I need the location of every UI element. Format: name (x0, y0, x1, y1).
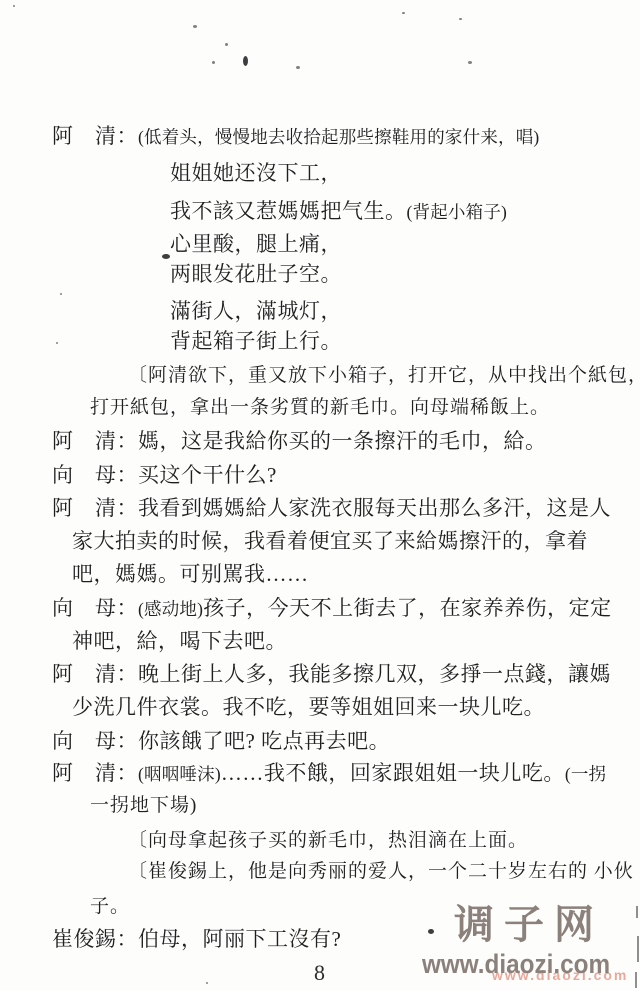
script-text-segment: (一拐 (565, 764, 606, 784)
scan-speck (60, 293, 62, 295)
script-line: 我不該又惹媽媽把气生。(背起小箱子) (170, 199, 507, 224)
script-text-segment: 我不該又惹媽媽把气生。 (170, 199, 407, 223)
script-line: 阿 清：(咽咽唾沫)……我不餓，回家跟姐姐一块儿吃。(一拐 (52, 761, 606, 786)
script-text-segment: ……我不餓，回家跟姐姐一块儿吃。 (221, 761, 565, 785)
script-line: 一拐地下場) (90, 795, 197, 817)
script-line: 滿街人，滿城灯， (170, 299, 342, 324)
script-text-segment: (感动地) (138, 599, 203, 619)
watermark-site-url: www.diaozi.com (422, 949, 610, 980)
script-line: 向 母：(感动地)孩子，今天不上街去了，在家养养伤，定定 (52, 596, 612, 621)
scan-speck (193, 25, 197, 28)
script-line: 向 母：买这个干什么? (52, 463, 277, 488)
script-line: 子。 (90, 896, 130, 918)
script-text-segment: 向 母： (52, 596, 138, 620)
script-text-segment: 阿 清： (52, 124, 138, 148)
scan-speck (56, 342, 58, 344)
script-line: 背起箱子街上行。 (170, 329, 342, 354)
script-text-segment: 心里酸，腿上痛， (170, 232, 342, 256)
script-text-segment: 孩子，今天不上街去了，在家养养伤，定定 (203, 596, 612, 620)
script-text-segment: 打开紙包，拿出一条劣質的新毛巾。向母端稀飯上。 (90, 397, 550, 418)
scan-speck (162, 254, 170, 259)
scan-edge-mark (636, 906, 638, 918)
script-line: 神吧，給，喝下去吧。 (72, 629, 287, 654)
script-text-segment: 姐姐她还沒下工， (170, 161, 342, 185)
script-line: 阿 清：(低着头，慢慢地去收拾起那些擦鞋用的家什来，唱) (52, 124, 539, 149)
script-text-segment: 少洗几件衣裳。我不吃，要等姐姐回来一块儿吃。 (72, 695, 545, 719)
script-text-segment: (咽咽唾沫) (138, 764, 221, 784)
scan-speck (468, 61, 472, 64)
script-text-segment: 崔俊錫：伯母，阿丽下工沒有? (52, 927, 341, 951)
script-text-segment: 〔向母拿起孩子买的新毛巾，热泪滴在上面。 (128, 830, 528, 851)
script-text-segment: (背起小箱子) (407, 202, 508, 222)
script-line: 两眼发花肚子空。 (170, 262, 342, 287)
scan-speck (206, 982, 208, 984)
script-text-segment: 阿 清：媽，这是我給你买的一条擦汗的毛巾，給。 (52, 429, 547, 453)
script-text-segment: 向 母：你該餓了吧? 吃点再去吧。 (52, 729, 390, 753)
script-line: 〔崔俊錫上，他是向秀丽的爱人，一个二十岁左右的 小伙 (128, 861, 634, 883)
scan-speck (459, 18, 462, 20)
script-text-segment: 背起箱子街上行。 (170, 329, 342, 353)
scan-speck (225, 43, 228, 46)
script-line: 〔阿清欲下，重又放下小箱子，打开它，从中找出个紙包， (128, 365, 640, 387)
scan-speck (428, 929, 434, 934)
scan-edge-mark (637, 936, 639, 962)
script-text-segment: 阿 清： (52, 761, 138, 785)
script-text-segment: 神吧，給，喝下去吧。 (72, 629, 287, 653)
scan-speck (212, 61, 215, 64)
script-text-segment: 两眼发花肚子空。 (170, 262, 342, 286)
script-line: 心里酸，腿上痛， (170, 232, 342, 257)
script-text-segment: 〔崔俊錫上，他是向秀丽的爱人，一个二十岁左右的 小伙 (128, 861, 634, 882)
script-text-segment: 子。 (90, 896, 130, 917)
watermark-site-name: 调子网 (418, 903, 640, 947)
scan-speck (13, 5, 15, 7)
script-text-segment: 向 母：买这个干什么? (52, 463, 277, 487)
scan-speck (402, 12, 405, 14)
script-line: 姐姐她还沒下工， (170, 161, 342, 186)
page-number: 8 (314, 960, 325, 986)
script-text-segment: 吧，媽媽。可别駡我…… (72, 562, 309, 586)
scan-speck (296, 66, 300, 69)
script-page: 阿 清：(低着头，慢慢地去收拾起那些擦鞋用的家什来，唱)姐姐她还沒下工，我不該又… (0, 0, 640, 991)
script-line: 阿 清：我看到媽媽給人家洗衣服每天出那么多汗，这是人 (52, 496, 611, 521)
script-line: 少洗几件衣裳。我不吃，要等姐姐回来一块儿吃。 (72, 695, 545, 720)
scan-edge-mark (635, 972, 637, 988)
scan-speck (243, 56, 248, 66)
script-text-segment: 〔阿清欲下，重又放下小箱子，打开它，从中找出个紙包， (128, 365, 640, 386)
script-text-segment: 阿 清：晚上街上人多，我能多擦几双，多掙一点錢，讓媽 (52, 662, 611, 686)
script-text-segment: 滿街人，滿城灯， (170, 299, 342, 323)
watermark: 调子网 www.diaozi.com www.diaozi.com (418, 903, 640, 991)
script-line: 崔俊錫：伯母，阿丽下工沒有? (52, 927, 341, 952)
script-text-segment: 家大拍卖的时候，我看着便宜买了来給媽擦汗的，拿着 (72, 529, 588, 553)
script-line: 〔向母拿起孩子买的新毛巾，热泪滴在上面。 (128, 830, 528, 852)
script-line: 吧，媽媽。可别駡我…… (72, 562, 309, 587)
script-line: 家大拍卖的时候，我看着便宜买了来給媽擦汗的，拿着 (72, 529, 588, 554)
script-text-segment: 阿 清：我看到媽媽給人家洗衣服每天出那么多汗，这是人 (52, 496, 611, 520)
script-line: 阿 清：媽，这是我給你买的一条擦汗的毛巾，給。 (52, 429, 547, 454)
script-line: 阿 清：晚上街上人多，我能多擦几双，多掙一点錢，讓媽 (52, 662, 611, 687)
script-line: 打开紙包，拿出一条劣質的新毛巾。向母端稀飯上。 (90, 397, 550, 419)
script-text-segment: 一拐地下場) (90, 795, 197, 816)
script-line: 向 母：你該餓了吧? 吃点再去吧。 (52, 729, 390, 754)
script-text-segment: (低着头，慢慢地去收拾起那些擦鞋用的家什来，唱) (138, 127, 539, 147)
